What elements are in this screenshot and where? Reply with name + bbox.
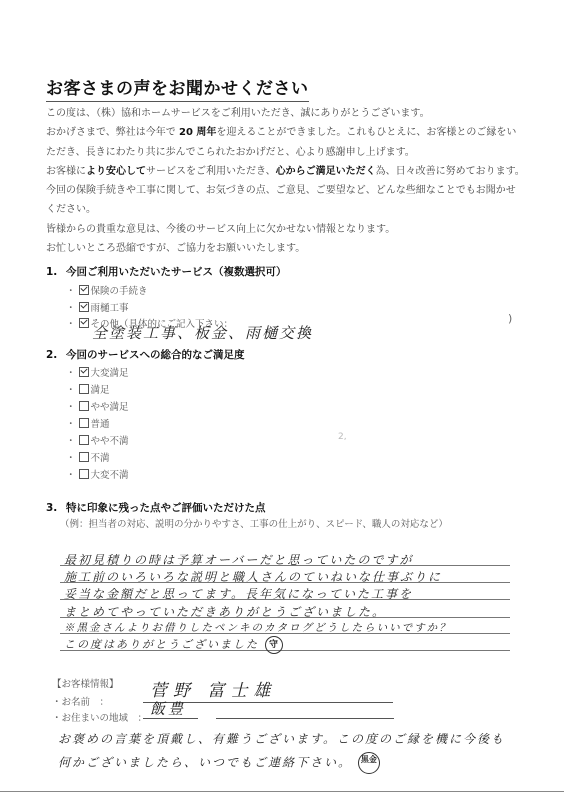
question-1-heading: 1.今回ご利用いただいたサービス（複数選択可） (46, 264, 287, 279)
q3-answer-line[interactable]: ※黒金さんよりお借りしたペンキのカタログどうしたらいいですか？ (64, 620, 452, 635)
intro-line: 今回の保険手続きや工事に関して、お気づきの点、ご意見、ご要望など、どんな些細なこ… (46, 181, 526, 200)
body-text: この度は、（株）協和ホームサービスをご利用いただき、誠にありがとうございます。 (46, 108, 430, 119)
checkbox-checked-icon[interactable] (79, 318, 89, 328)
q2-option-somewhat-dissatisfied[interactable]: ・やや不満 (66, 433, 129, 447)
checkbox-checked-icon[interactable] (79, 367, 89, 377)
option-label: 大変不満 (91, 467, 129, 481)
checkbox-checked-icon[interactable] (79, 302, 89, 312)
region-field[interactable]: 飯豊 (150, 698, 186, 719)
q1-other-answer[interactable]: 全塗装工事、板金、雨樋交換 (92, 322, 313, 343)
question-2-heading: 2.今回のサービスへの総合的なご満足度 (46, 347, 245, 362)
q3-answer-line[interactable]: この度はありがとうございました 守 (64, 636, 283, 654)
body-text: 今回の保険手続きや工事に関して、お気づきの点、ご意見、ご要望など、どんな些細なこ… (46, 185, 516, 196)
q3-answer-line[interactable]: まとめてやっていただきありがとうございました。 (64, 603, 386, 620)
body-text: ください。 (46, 204, 96, 215)
option-label: やや不満 (91, 433, 129, 447)
q2-option-neutral[interactable]: ・普通 (66, 416, 110, 430)
option-label: 大変満足 (91, 365, 129, 379)
q2-option-somewhat-satisfied[interactable]: ・やや満足 (66, 399, 129, 413)
option-label: 不満 (91, 450, 110, 464)
body-text: 皆様からの貴重な意見は、今後のサービス向上に欠かせない情報となります。 (46, 224, 395, 235)
body-text: サービスをご利用いただき、 (146, 166, 276, 177)
q1-option-insurance[interactable]: ・保険の手続き (66, 283, 148, 297)
body-text: 為、日々改善に努めております。 (376, 166, 525, 177)
question-title: 今回ご利用いただいたサービス（複数選択可） (66, 266, 287, 278)
body-text: お客様に (46, 166, 86, 177)
name-label: ・お名前 ： (52, 694, 109, 708)
checkbox-empty-icon[interactable] (79, 418, 89, 428)
intro-line: この度は、（株）協和ホームサービスをご利用いただき、誠にありがとうございます。 (46, 104, 526, 123)
option-label: 普通 (91, 416, 110, 430)
checkbox-empty-icon[interactable] (79, 452, 89, 462)
intro-line: ください。 (46, 200, 526, 219)
q1-option-gutter[interactable]: ・雨樋工事 (66, 300, 129, 314)
option-label: 保険の手続き (91, 283, 148, 297)
page-bottom-divider (0, 791, 564, 792)
company-reply-line: お褒めの言葉を頂戴し、有難うございます。この度のご縁を機に今後も (58, 730, 505, 747)
customer-info-heading: 【お客様情報】 (52, 676, 119, 690)
customer-seal-stamp: 守 (265, 636, 283, 654)
option-label: 雨樋工事 (91, 300, 129, 314)
question-3-heading: 3.特に印象に残った点やご評価いただけた点 (46, 500, 266, 515)
region-underline-extra (216, 718, 394, 719)
question-number: 1. (46, 266, 66, 278)
region-label: ・お住まいの地域 ： (52, 710, 147, 724)
answer-text: この度はありがとうございました (64, 638, 259, 651)
body-text: おかげさまで、弊社は今年で (46, 127, 179, 138)
body-text: お忙しいところ恐縮ですが、ご協力をお願いいたします。 (46, 243, 305, 254)
company-reply-line: 何かございましたら、いつでもご連絡下さい。 黒金 (58, 752, 380, 774)
q2-option-very-satisfied[interactable]: ・大変満足 (66, 365, 129, 379)
question-number: 2. (46, 349, 66, 361)
checkbox-empty-icon[interactable] (79, 469, 89, 479)
emphasis-text: より安心して (86, 166, 146, 177)
intro-text: この度は、（株）協和ホームサービスをご利用いただき、誠にありがとうございます。 … (46, 104, 526, 258)
checkbox-checked-icon[interactable] (79, 285, 89, 295)
q3-answer-line[interactable]: 施工前のいろいろな説明と職人さんのていねいな仕事ぶりに (64, 568, 442, 585)
reply-text: 何かございましたら、いつでもご連絡下さい。 (58, 756, 352, 770)
q3-example-hint: （例：担当者の対応、説明の分かりやすさ、工事の仕上がり、スピード、職人の対応など… (60, 516, 448, 530)
intro-line: お忙しいところ恐縮ですが、ご協力をお願いいたします。 (46, 239, 526, 258)
intro-line: おかげさまで、弊社は今年で 20 周年を迎えることができました。これもひとえに、… (46, 123, 526, 142)
checkbox-empty-icon[interactable] (79, 435, 89, 445)
emphasis-text: 心からご満足いただく (276, 166, 376, 177)
q3-answer-line[interactable]: 妥当な金額だと思ってます。長年気になっていた工事を (64, 585, 413, 602)
question-title: 今回のサービスへの総合的なご満足度 (66, 349, 245, 361)
option-label: 満足 (91, 382, 110, 396)
q2-option-dissatisfied[interactable]: ・不満 (66, 450, 110, 464)
q3-answer-line[interactable]: 最初見積りの時は予算オーバーだと思っていたのですが (64, 551, 413, 568)
survey-page: お客さまの声をお聞かせください この度は、（株）協和ホームサービスをご利用いただ… (0, 0, 564, 800)
option-label: やや満足 (91, 399, 129, 413)
page-title: お客さまの声をお聞かせください (46, 74, 309, 102)
emphasis-text: 20 周年 (179, 127, 216, 138)
q2-option-satisfied[interactable]: ・満足 (66, 382, 110, 396)
body-text: ただき、長きにわたり共に歩んでこられたおかげだと、心より感謝申し上げます。 (46, 147, 415, 158)
company-seal-stamp: 黒金 (358, 752, 380, 774)
intro-line: ただき、長きにわたり共に歩んでこられたおかげだと、心より感謝申し上げます。 (46, 143, 526, 162)
checkbox-empty-icon[interactable] (79, 384, 89, 394)
intro-line: 皆様からの貴重な意見は、今後のサービス向上に欠かせない情報となります。 (46, 220, 526, 239)
q2-option-very-dissatisfied[interactable]: ・大変不満 (66, 467, 129, 481)
stray-mark: 2, (338, 432, 347, 442)
closing-paren: ) (508, 312, 512, 325)
intro-line: お客様により安心してサービスをご利用いただき、心からご満足いただく為、日々改善に… (46, 162, 526, 181)
body-text: を迎えることができました。これもひとえに、お客様とのご縁をい (216, 127, 516, 138)
checkbox-empty-icon[interactable] (79, 401, 89, 411)
question-number: 3. (46, 502, 66, 514)
question-title: 特に印象に残った点やご評価いただけた点 (66, 502, 266, 514)
